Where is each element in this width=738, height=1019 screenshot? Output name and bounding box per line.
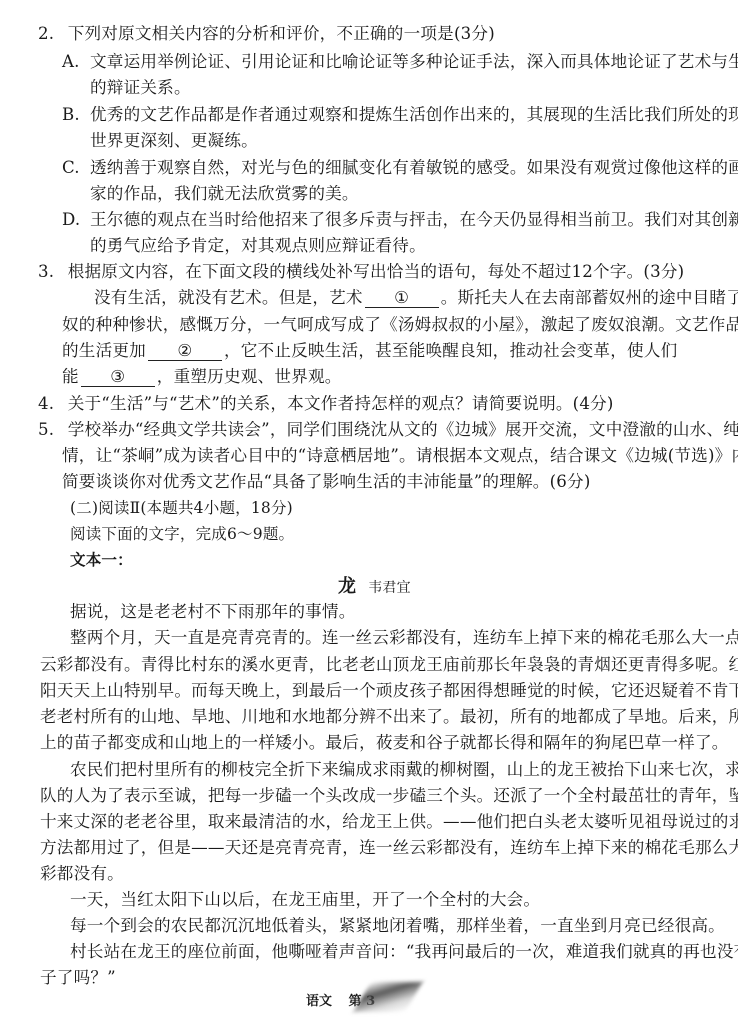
story-line: 每一个到会的农民都沉沉地低着头，紧紧地闭着嘴，那样坐着，一直坐到月亮已经很高。 xyxy=(70,916,725,936)
story-author: 韦君宜 xyxy=(368,580,411,596)
story-line: 云彩都没有。青得比村东的溪水更青，比老老山顶龙王庙前那长年袅袅的青烟还更青得多呢… xyxy=(40,655,738,675)
scan-smudge xyxy=(353,982,422,1012)
q2-option-b: B.优秀的文艺作品都是作者通过观察和提炼生活创作出来的，其展现的生活比我们所处的… xyxy=(62,105,738,125)
q3-paragraph-line-1: 没有生活，就没有艺术。但是，艺术①。斯托夫人在去南部蓄奴州的途中目睹了黑 xyxy=(94,288,738,308)
story-line: 村长站在龙王的座位前面，他嘶哑着声音问：“我再问最后的一次，难道我们就真的再也没… xyxy=(70,942,738,962)
story-line: 彩都没有。 xyxy=(40,864,124,884)
story-line: 整两个月，天一直是亮青亮青的。连一丝云彩都没有，连纺车上掉下来的棉花毛那么大一点… xyxy=(70,628,738,648)
exam-page: 2. 下列对原文相关内容的分析和评价，不正确的一项是(3分) A.文章运用举例论… xyxy=(0,0,738,1019)
q3-stem: 3. 根据原文内容，在下面文段的横线处补写出恰当的语句，每处不超过12个字。(3… xyxy=(38,262,684,282)
story-line: 据说，这是老老村不下雨那年的事情。 xyxy=(70,602,356,622)
q2-option-a-cont: 的辩证关系。 xyxy=(90,78,191,98)
story-line: 阳天天上山特别早。而每天晚上，到最后一个顽皮孩子都困得想睡觉的时候，它还迟疑着不… xyxy=(40,681,738,701)
q5-stem-cont-2: 简要谈谈你对优秀文艺作品“具备了影响生活的丰沛能量”的理解。(6分) xyxy=(62,472,591,492)
q4-stem: 4. 关于“生活”与“艺术”的关系，本文作者持怎样的观点？请简要说明。(4分) xyxy=(38,394,614,414)
q2-option-c: C.透纳善于观察自然，对光与色的细腻变化有着敏锐的感受。如果没有观赏过像他这样的… xyxy=(62,158,738,178)
q5-stem-cont-1: 情，让“茶峒”成为读者心目中的“诗意栖居地”。请根据本文观点，结合课文《边城(节… xyxy=(62,446,738,466)
q2-option-c-cont: 家的作品，我们就无法欣赏雾的美。 xyxy=(90,184,359,204)
fill-blank-3[interactable]: ③ xyxy=(81,368,155,387)
story-line: 子了吗？” xyxy=(40,968,116,988)
story-line: 方法都用过了，但是——天还是亮青亮青，连一丝云彩都没有，连纺车上掉下来的棉花毛那… xyxy=(40,838,738,858)
question-number: 2. xyxy=(38,24,54,43)
q2-option-b-cont: 世界更深刻、更凝练。 xyxy=(90,131,258,151)
q3-paragraph-line-3: 的生活更加②，它不止反映生活，甚至能唤醒良知，推动社会变革，使人们 xyxy=(62,341,677,361)
story-line: 农民们把村里所有的柳枝完全折下来编成求雨戴的柳树圈，山上的龙王被抬下山来七次，求… xyxy=(70,760,738,780)
text-label: 文本一： xyxy=(70,550,133,570)
fill-blank-2[interactable]: ② xyxy=(148,342,222,361)
section-instruction: 阅读下面的文字，完成6～9题。 xyxy=(70,524,294,544)
story-line: 一天，当红太阳下山以后，在龙王庙里，开了一个全村的大会。 xyxy=(70,890,540,910)
story-title-row: 龙韦君宜 xyxy=(338,577,411,598)
q2-option-d-cont: 的勇气应给予肯定，对其观点则应辩证看待。 xyxy=(90,236,426,256)
q2-option-d: D.王尔德的观点在当时给他招来了很多斥责与抨击，在今天仍显得相当前卫。我们对其创… xyxy=(62,210,738,230)
q5-stem: 5. 学校举办“经典文学共读会”，同学们围绕沈从文的《边城》展开交流，文中澄澈的… xyxy=(38,420,738,440)
q2-stem: 2. 下列对原文相关内容的分析和评价，不正确的一项是(3分) xyxy=(38,24,495,44)
q2-option-a: A.文章运用举例论证、引用论证和比喻论证等多种论证手法，深入而具体地论证了艺术与… xyxy=(62,52,738,72)
story-line: 队的人为了表示至诚，把每一步磕一个头改成一步磕三个头。还派了一个全村最茁壮的青年… xyxy=(40,786,738,806)
story-line: 十来丈深的老老谷里，取来最清洁的水，给龙王上供。——他们把白头老太婆听见祖母说过… xyxy=(40,812,738,832)
story-title: 龙 xyxy=(338,576,356,597)
section-heading: (二)阅读Ⅱ(本题共4小题，18分) xyxy=(70,498,293,518)
q3-paragraph-line-2: 奴的种种惨状，感慨万分，一气呵成写成了《汤姆叔叔的小屋》，激起了废奴浪潮。文艺作… xyxy=(62,315,738,335)
fill-blank-1[interactable]: ① xyxy=(365,289,439,308)
q3-paragraph-line-4: 能③，重塑历史观、世界观。 xyxy=(62,367,342,387)
story-line: 上的苗子都变成和山地上的一样矮小。最后，莜麦和谷子就都长得和隔年的狗尾巴草一样了… xyxy=(40,733,729,753)
story-line: 老老村所有的山地、旱地、川地和水地都分辨不出来了。最初，所有的地都成了旱地。后来… xyxy=(40,707,738,727)
